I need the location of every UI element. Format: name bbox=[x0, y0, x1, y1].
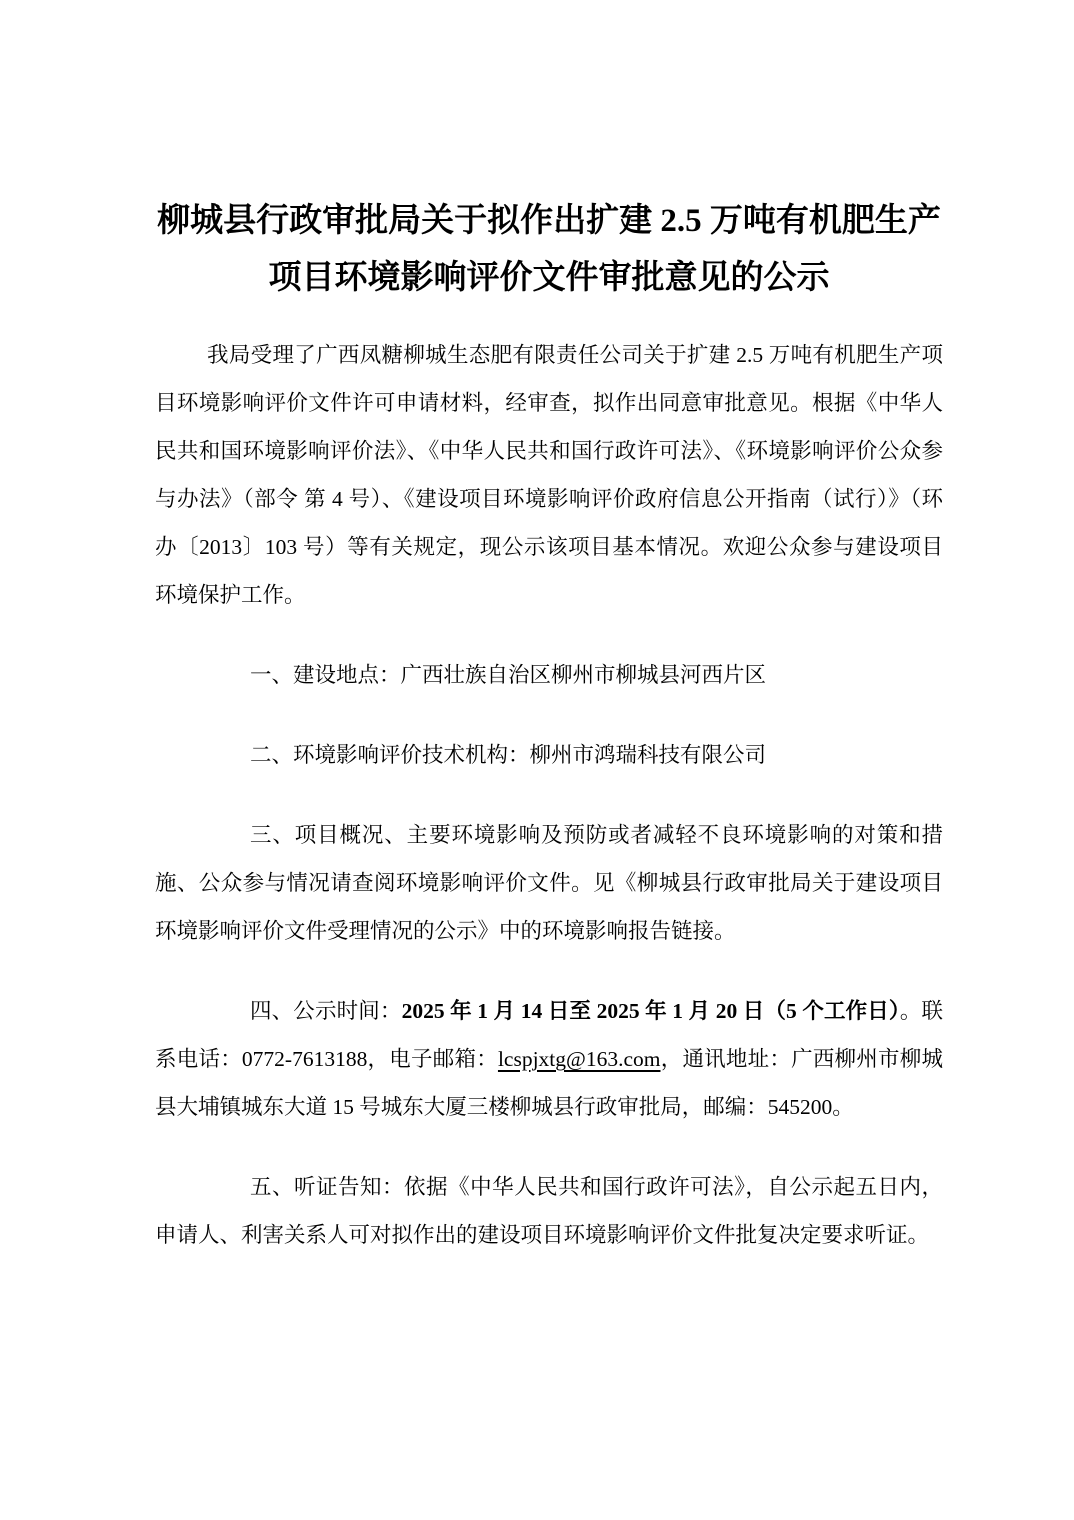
paragraph-item-4-publicity-period: 四、公示时间：2025 年 1 月 14 日至 2025 年 1 月 20 日（… bbox=[155, 987, 943, 1131]
document-title-line1: 柳城县行政审批局关于拟作出扩建 2.5 万吨有机肥生产 bbox=[155, 193, 943, 250]
paragraph-intro: 我局受理了广西凤糖柳城生态肥有限责任公司关于扩建 2.5 万吨有机肥生产项目环境… bbox=[155, 331, 943, 619]
paragraph-item-5-hearing-notice: 五、听证告知：依据《中华人民共和国行政许可法》，自公示起五日内，申请人、利害关系… bbox=[155, 1163, 943, 1259]
email-link[interactable]: lcspjxtg@163.com bbox=[498, 1047, 661, 1071]
paragraph-item-2-eia-agency: 二、环境影响评价技术机构：柳州市鸿瑞科技有限公司 bbox=[155, 731, 943, 779]
document-title-line2: 项目环境影响评价文件审批意见的公示 bbox=[155, 250, 943, 307]
paragraph-item-3-project-overview: 三、项目概况、主要环境影响及预防或者减轻不良环境影响的对策和措施、公众参与情况请… bbox=[155, 811, 943, 955]
publicity-period-dates: 2025 年 1 月 14 日至 2025 年 1 月 20 日（5 个工作日） bbox=[402, 999, 900, 1023]
paragraph-item-1-location: 一、建设地点：广西壮族自治区柳州市柳城县河西片区 bbox=[155, 651, 943, 699]
document-page: 柳城县行政审批局关于拟作出扩建 2.5 万吨有机肥生产 项目环境影响评价文件审批… bbox=[0, 0, 1074, 1520]
publicity-prefix-text: 四、公示时间： bbox=[250, 999, 402, 1023]
document-title: 柳城县行政审批局关于拟作出扩建 2.5 万吨有机肥生产 项目环境影响评价文件审批… bbox=[155, 193, 943, 307]
